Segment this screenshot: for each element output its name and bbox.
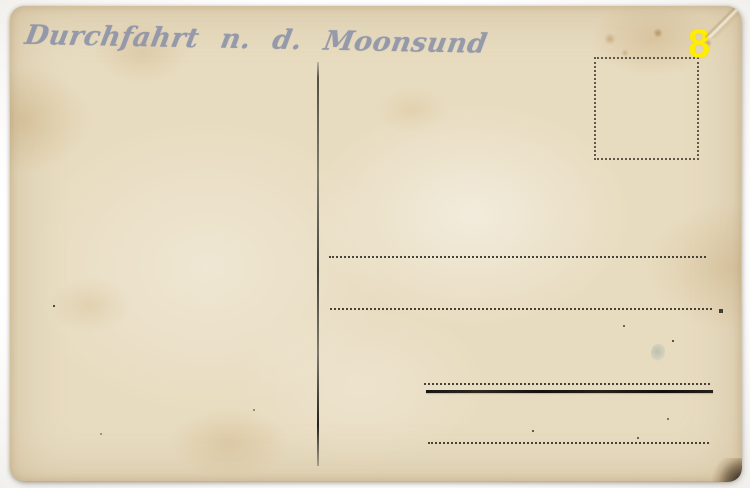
sender-dotted-line-1 bbox=[424, 383, 710, 385]
postcard-back: Durchfahrt n. d. Moonsund 8 bbox=[10, 6, 741, 481]
top-right-corner-crease bbox=[705, 6, 741, 38]
blue-ink-smudge bbox=[651, 344, 665, 361]
stamp-box bbox=[594, 57, 699, 160]
bottom-right-corner-stain bbox=[712, 458, 742, 482]
address-dotted-line-1 bbox=[329, 256, 706, 258]
handwriting-caption: Durchfahrt n. d. Moonsund bbox=[22, 20, 407, 58]
sender-solid-rule bbox=[426, 390, 713, 393]
paper-specks bbox=[10, 6, 12, 8]
message-address-divider-rule bbox=[317, 62, 319, 466]
address-dotted-line-2 bbox=[330, 308, 712, 310]
sender-dotted-line-2 bbox=[428, 442, 709, 444]
scan-background: Durchfahrt n. d. Moonsund 8 bbox=[0, 0, 750, 488]
